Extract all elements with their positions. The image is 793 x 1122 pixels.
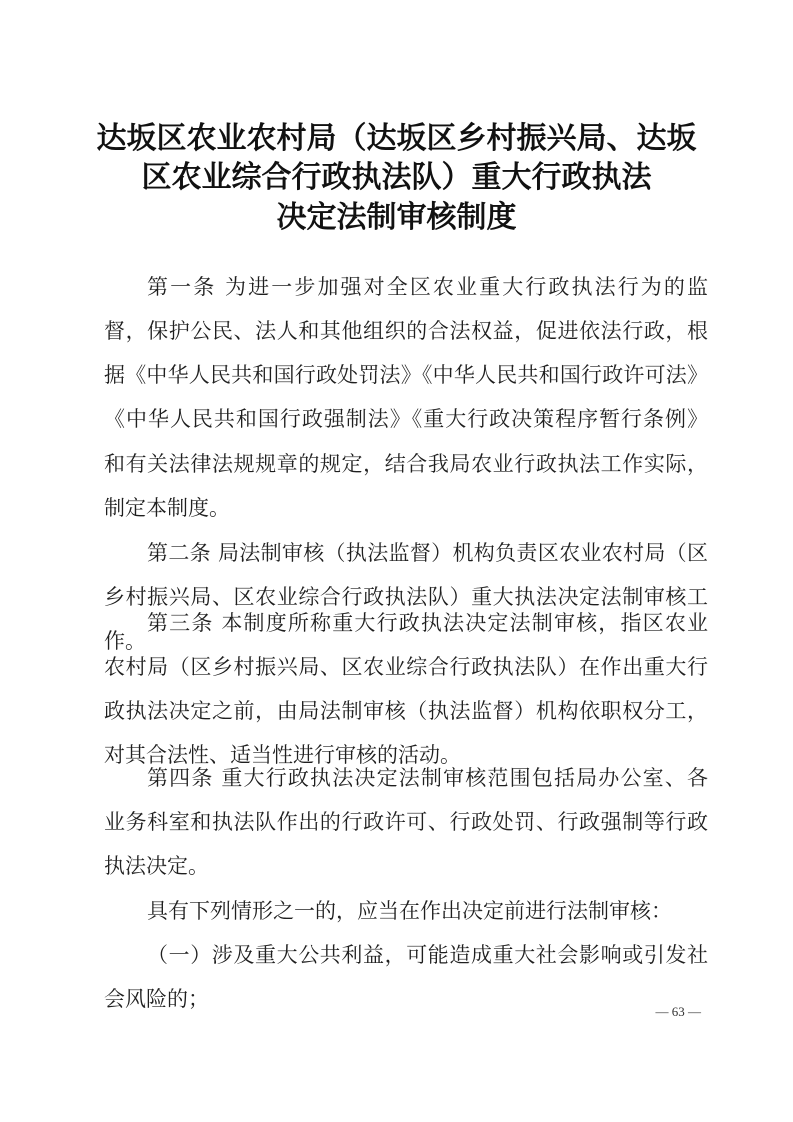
- body-line: 和有关法律法规规章的规定，结合我局农业行政执法工作实际，: [104, 448, 708, 478]
- title-line-2: 区农业综合行政执法队）重大行政执法: [0, 152, 793, 196]
- body-line: （一）涉及重大公共利益，可能造成重大社会影响或引发社: [147, 939, 708, 969]
- title-line-1: 达坂区农业农村局（达坂区乡村振兴局、达坂: [0, 113, 793, 157]
- body-line: 农村局（区乡村振兴局、区农业综合行政执法队）在作出重大行: [104, 651, 708, 681]
- title-line-3: 决定法制审核制度: [0, 192, 793, 236]
- body-line: 执法决定。: [104, 850, 708, 880]
- body-line: 制定本制度。: [104, 492, 708, 522]
- body-line: 据《中华人民共和国行政处罚法》《中华人民共和国行政许可法》: [104, 359, 708, 389]
- body-line: 第一条 为进一步加强对全区农业重大行政执法行为的监: [147, 271, 708, 301]
- body-line: 督，保护公民、法人和其他组织的合法权益，促进依法行政，根: [104, 315, 708, 345]
- page-number: — 63 —: [656, 1004, 702, 1020]
- body-line: 第三条 本制度所称重大行政执法决定法制审核，指区农业: [147, 607, 708, 637]
- body-line: 业务科室和执法队作出的行政许可、行政处罚、行政强制等行政: [104, 806, 708, 836]
- body-line: 《中华人民共和国行政强制法》《重大行政决策程序暂行条例》: [104, 403, 708, 433]
- body-line: 第二条 局法制审核（执法监督）机构负责区农业农村局（区: [147, 537, 708, 567]
- body-line: 政执法决定之前，由局法制审核（执法监督）机构依职权分工，: [104, 695, 708, 725]
- body-line: 具有下列情形之一的，应当在作出决定前进行法制审核：: [147, 895, 708, 925]
- body-line: 第四条 重大行政执法决定法制审核范围包括局办公室、各: [147, 762, 708, 792]
- body-line: 会风险的；: [104, 983, 708, 1013]
